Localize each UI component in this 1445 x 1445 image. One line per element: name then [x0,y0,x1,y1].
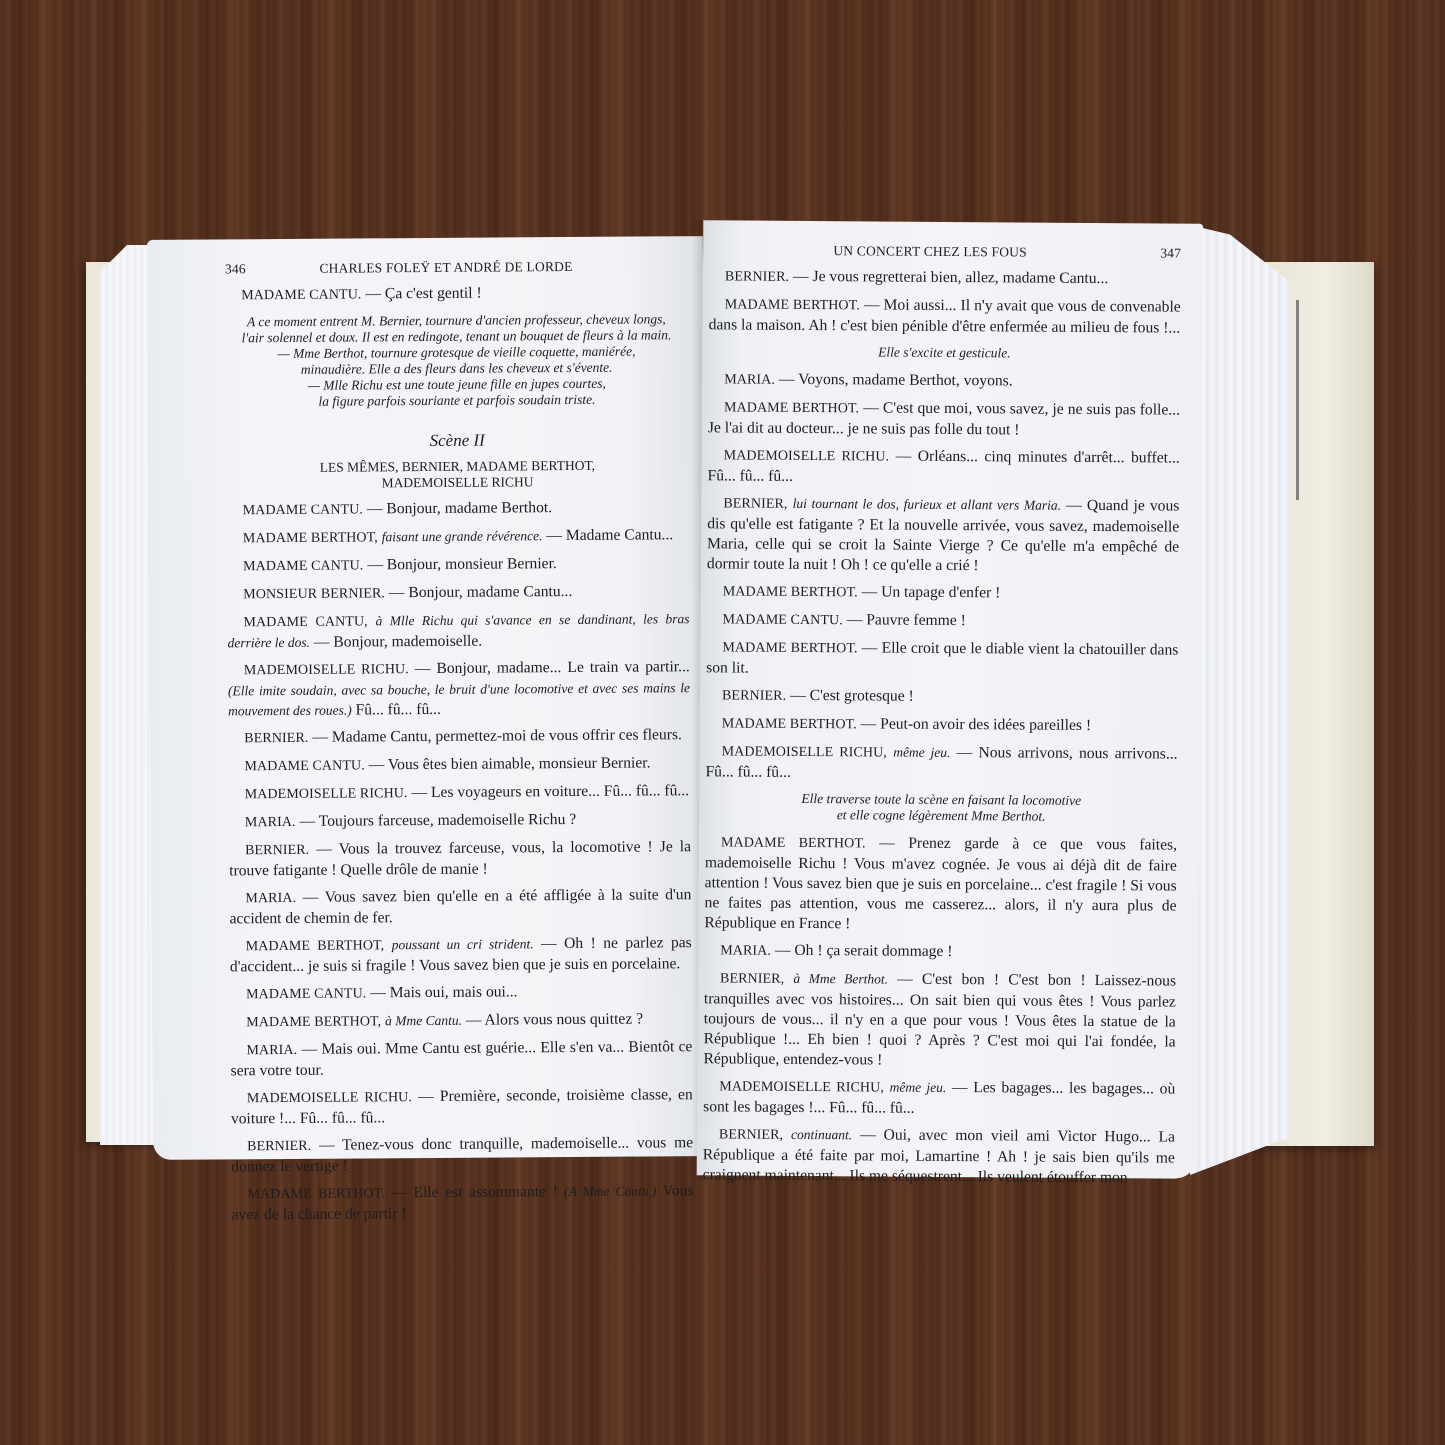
dialogue-line: MADAME BERTHOT. — Moi aussi... Il n'y av… [709,294,1181,338]
speech-text: — Oh ! ça serait dommage ! [775,942,953,960]
dialogue-line: MADAME CANTU. — Ça c'est gentil ! [225,282,687,306]
dialogue-line: MADAME CANTU. — Pauvre femme ! [706,609,1178,633]
speaker-name: BERNIER. [244,731,308,746]
speaker-name: MADAME CANTU, [243,614,367,630]
speech-text: — Bonjour, madame Cantu... [389,583,573,601]
speaker-name: MADAME CANTU. [244,758,364,774]
inline-stage-direction: lui tournant le dos, furieux et allant v… [793,496,1061,513]
dialogue-line: BERNIER, lui tournant le dos, furieux et… [707,493,1180,577]
speech-text: — Elle est assommante ! [391,1183,557,1201]
speaker-name: MADAME BERTHOT. [723,584,858,600]
speech-text: — Vous savez bien qu'elle en a été affli… [229,886,691,927]
inline-stage-direction: continuant. [791,1127,852,1142]
open-book: 346 CHARLES FOLEŸ ET ANDRÉ DE LORDE MADA… [0,0,1445,1445]
inline-stage-direction: même jeu. [893,745,950,760]
dialogue-line: MADAME BERTHOT. — C'est que moi, vous sa… [708,397,1180,441]
speech-text: — Les voyageurs en voiture... Fû... fû..… [411,782,689,801]
speaker-name: MADAME BERTHOT. [722,716,857,732]
speaker-name: MADAME BERTHOT, [243,530,378,546]
speaker-name: BERNIER. [722,688,786,703]
inline-stage-direction: poussant un cri strident. [392,936,534,952]
speaker-name: MADEMOISELLE RICHU. [724,448,890,464]
speech-text: — Toujours farceuse, mademoiselle Richu … [299,811,576,830]
inline-stage-direction: à Mme Berthot. [793,971,888,987]
inline-stage-direction: même jeu. [890,1080,947,1095]
dialogue-line: MADEMOISELLE RICHU, même jeu. — Nous arr… [705,741,1177,785]
page-number: 347 [1121,245,1181,261]
speech-text: — Vous êtes bien aimable, monsieur Berni… [369,754,651,773]
speech-text: — Mais oui, mais oui... [370,983,517,1001]
speech-text: — Je vous regretterai bien, allez, madam… [793,268,1108,287]
page-edge-mark [1296,300,1299,500]
dialogue-line: MADAME BERTHOT. — Prenez garde à ce que … [704,832,1177,936]
speech-text: — Madame Cantu... [546,526,673,544]
dialogue-line: MADEMOISELLE RICHU, même jeu. — Les baga… [703,1076,1175,1120]
running-head-title: UN CONCERT CHEZ LES FOUS [739,243,1121,262]
speaker-name: MADAME BERTHOT. [247,1186,385,1202]
running-head-left: 346 CHARLES FOLEŸ ET ANDRÉ DE LORDE [225,258,687,277]
speech-text: — Ça c'est gentil ! [365,285,481,303]
dialogue-line: MADAME BERTHOT. — Un tapage d'enfer ! [707,581,1179,605]
dialogue-line: BERNIER. — Madame Cantu, permettez-moi d… [228,725,690,749]
dialogue-line: MADAME CANTU. — Bonjour, monsieur Bernie… [227,553,689,577]
dialogue-line: MADAME BERTHOT, faisant une grande révér… [227,525,689,549]
dialogue-line: BERNIER. — C'est grotesque ! [706,685,1178,709]
dialogue-line: MADAME BERTHOT, à Mme Cantu. — Alors vou… [230,1009,692,1033]
speaker-name: MADAME BERTHOT. [725,297,860,313]
dialogue-line: BERNIER. — Tenez-vous donc tranquille, m… [231,1133,693,1177]
speaker-name: BERNIER, [719,1127,783,1142]
dialogue-line: MADAME CANTU. — Mais oui, mais oui... [230,981,692,1005]
speech-text: — Bonjour, madame Berthot. [367,499,552,517]
dialogue-line: BERNIER, à Mme Berthot. — C'est bon ! C'… [703,968,1176,1072]
speech-text: Fû... fû... fû... [356,701,441,719]
speaker-name: MADEMOISELLE RICHU, [719,1079,884,1095]
speaker-name: MARIA. [245,815,296,830]
speech-text: — Mais oui. Mme Cantu est guérie... Elle… [231,1038,693,1079]
dialogue-line: MADEMOISELLE RICHU. — Orléans... cinq mi… [707,445,1179,489]
speaker-name: MADAME BERTHOT, [246,1014,381,1030]
dialogue-line: BERNIER. — Vous la trouvez farceuse, vou… [229,837,691,881]
dialogue-line: MONSIEUR BERNIER. — Bonjour, madame Cant… [227,581,689,605]
dialogue-line: MARIA. — Voyons, madame Berthot, voyons. [708,369,1180,393]
dialogue-line: MADAME CANTU, à Mlle Richu qui s'avance … [227,609,689,653]
dialogue-line: MARIA. — Mais oui. Mme Cantu est guérie.… [230,1037,692,1081]
dialogue-line: MARIA. — Oh ! ça serait dommage ! [704,940,1176,964]
inline-stage-direction: (Elle imite soudain, avec sa bouche, le … [228,680,690,718]
left-page: 346 CHARLES FOLEŸ ET ANDRÉ DE LORDE MADA… [147,236,709,1160]
speech-text: — Bonjour, monsieur Bernier. [367,555,557,573]
dialogue-line: BERNIER, continuant. — Oui, avec mon vie… [703,1124,1175,1188]
dialogue-line: MADEMOISELLE RICHU. — Première, seconde,… [231,1085,693,1129]
left-page-content: MADAME CANTU. — Ça c'est gentil ! A ce m… [225,282,694,1225]
dialogue-line: MADAME CANTU. — Vous êtes bien aimable, … [228,753,690,777]
speaker-name: BERNIER, [720,971,784,986]
speech-text: — Alors vous nous quittez ? [466,1011,643,1029]
scene-cast-line: MADEMOISELLE RICHU [226,473,688,492]
right-page: UN CONCERT CHEZ LES FOUS 347 BERNIER. — … [697,220,1204,1178]
speech-text: — C'est grotesque ! [790,687,914,705]
speaker-name: MADAME BERTHOT. [722,640,857,656]
speech-text: — Peut-on avoir des idées pareilles ! [861,715,1091,734]
dialogue-line: MARIA. — Vous savez bien qu'elle en a ét… [229,885,691,929]
speaker-name: BERNIER. [247,1139,311,1154]
stage-direction-line: la figure parfois souriante et parfois s… [226,391,688,410]
speaker-name: MARIA. [724,372,775,387]
dialogue-line: MADAME BERTHOT, poussant un cri strident… [230,933,692,977]
speaker-name: BERNIER, [723,496,787,511]
speaker-name: MADAME CANTU. [246,986,366,1002]
speaker-name: MADEMOISELLE RICHU. [244,662,409,678]
running-head-right: UN CONCERT CHEZ LES FOUS 347 [709,242,1181,261]
dialogue-line: MADEMOISELLE RICHU. — Bonjour, madame...… [228,657,690,721]
speech-text: — Voyons, madame Berthot, voyons. [779,371,1013,390]
right-page-content: BERNIER. — Je vous regretterai bien, all… [703,266,1181,1188]
speaker-name: BERNIER. [725,269,789,284]
dialogue-line: BERNIER. — Je vous regretterai bien, all… [709,266,1181,290]
speech-text: — Un tapage d'enfer ! [862,583,1001,601]
dialogue-line: MADAME CANTU. — Bonjour, madame Berthot. [227,497,689,521]
speaker-name: MADAME CANTU. [241,287,361,303]
speaker-name: MADAME BERTHOT. [721,835,866,851]
speaker-name: MADAME CANTU. [243,558,363,574]
speaker-name: BERNIER. [245,843,309,858]
stage-direction: Elle s'excite et gesticule. [708,343,1180,362]
speaker-name: MARIA. [246,1043,297,1058]
running-head-title: CHARLES FOLEŸ ET ANDRÉ DE LORDE [285,259,607,277]
inline-stage-direction: à Mme Cantu. [385,1013,462,1029]
stage-direction: A ce moment entrent M. Bernier, tournure… [225,311,688,410]
scene-cast: LES MÊMES, BERNIER, MADAME BERTHOT,MADEM… [226,457,688,492]
stage-direction: Elle traverse toute la scène en faisant … [705,790,1177,825]
stage-direction-line: et elle cogne légèrement Mme Berthot. [705,806,1177,825]
speech-text: — Madame Cantu, permettez-moi de vous of… [312,726,682,746]
speaker-name: MADAME CANTU. [243,502,363,518]
dialogue-line: MARIA. — Toujours farceuse, mademoiselle… [229,809,691,833]
inline-stage-direction: (A Mme Cantu.) [564,1183,656,1199]
dialogue-line: MADAME BERTHOT. — Peut-on avoir des idée… [706,713,1178,737]
speaker-name: MADEMOISELLE RICHU. [247,1090,412,1106]
dialogue-line: MADAME BERTHOT. — Elle croit que le diab… [706,637,1178,681]
dialogue-line: MADEMOISELLE RICHU. — Les voyageurs en v… [229,781,691,805]
stage-direction-line: — Mme Berthot, tournure grotesque de vie… [226,343,688,362]
speech-text: — Pauvre femme ! [847,611,966,629]
speaker-name: MADAME BERTHOT. [724,400,859,416]
speaker-name: MADAME BERTHOT, [246,938,385,954]
speaker-name: MARIA. [720,943,771,958]
scene-title: Scène II [226,429,688,452]
stage-direction-line: Elle s'excite et gesticule. [708,343,1180,362]
speech-text: — Bonjour, mademoiselle. [314,633,482,651]
dialogue-line: MADAME BERTHOT. — Elle est assommante ! … [231,1181,693,1225]
page-edges-right [1190,225,1290,1175]
speaker-name: MONSIEUR BERNIER. [243,586,385,602]
speaker-name: MARIA. [245,891,296,906]
page-number: 346 [225,261,285,277]
speaker-name: MADAME CANTU. [722,612,842,628]
speech-text: — Bonjour, madame... Le train va partir.… [415,658,690,677]
inline-stage-direction: faisant une grande révérence. [382,528,543,544]
speaker-name: MADEMOISELLE RICHU. [245,786,408,802]
speaker-name: MADEMOISELLE RICHU, [722,744,887,760]
